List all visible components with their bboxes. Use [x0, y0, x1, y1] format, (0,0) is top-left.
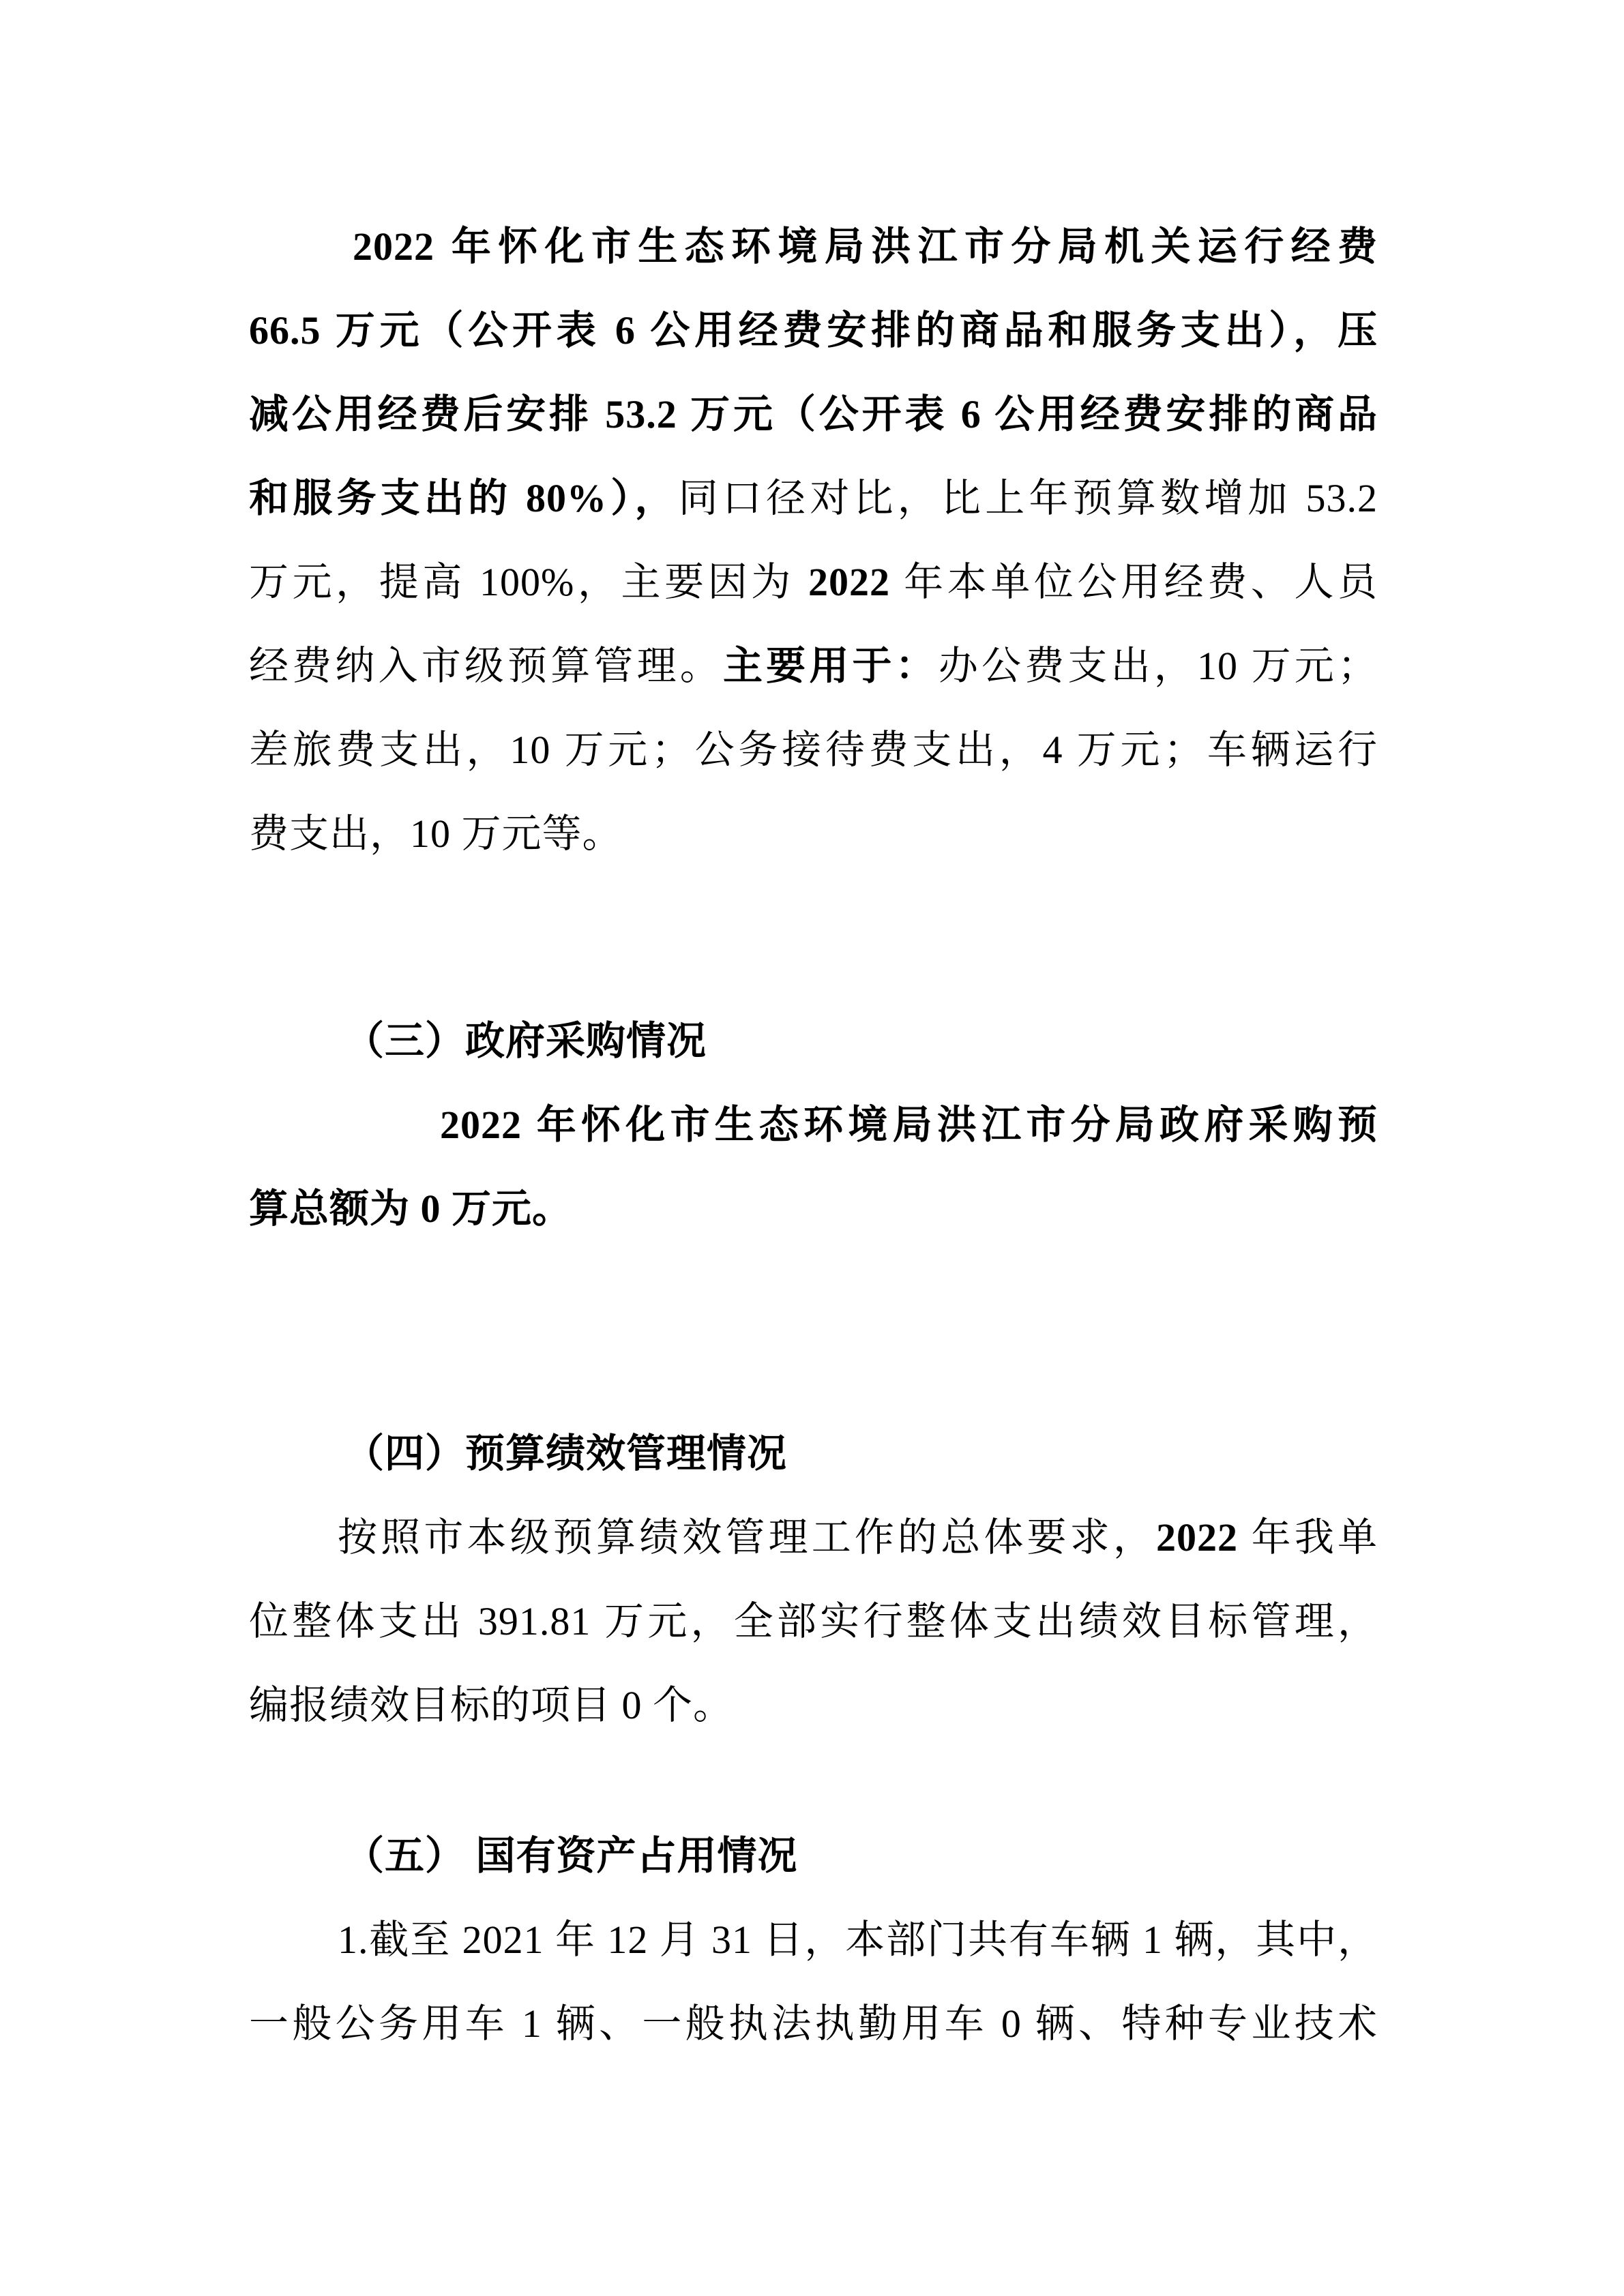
section-heading-state-assets: （五） 国有资产占用情况 — [249, 1814, 1378, 1898]
text-line: （五） 国有资产占用情况 — [249, 1814, 1378, 1898]
text-line: 和服务支出的 80%），同口径对比，比上年预算数增加 53.2 — [249, 456, 1378, 540]
bold-text-segment: 66.5 万元（公开表 6 公用经费安排的商品和服务支出），压 — [249, 308, 1378, 353]
bold-text-segment: （四）预算绩效管理情况 — [344, 1431, 787, 1476]
text-segment: 经费纳入市级预算管理。 — [249, 644, 723, 688]
text-segment: 一般公务用车 1 辆、一般执法执勤用车 0 辆、特种专业技术 — [249, 2001, 1378, 2046]
text-segment: 办公费支出，10 万元； — [939, 644, 1378, 688]
text-line: 算总额为 0 万元。 — [249, 1167, 1378, 1251]
text-line: 减公用经费后安排 53.2 万元（公开表 6 公用经费安排的商品 — [249, 372, 1378, 456]
paragraph-performance: 按照市本级预算绩效管理工作的总体要求，2022 年我单位整体支出 391.81 … — [249, 1495, 1378, 1747]
text-segment: 年我单 — [1238, 1515, 1378, 1560]
text-segment: 费支出，10 万元等。 — [249, 811, 623, 856]
document-page: 2022 年怀化市生态环境局洪江市分局机关运行经费66.5 万元（公开表 6 公… — [0, 0, 1624, 2296]
bold-text-segment: 减公用经费后安排 53.2 万元（公开表 6 公用经费安排的商品 — [249, 392, 1378, 436]
text-segment: 差旅费支出，10 万元；公务接待费支出，4 万元；车辆运行 — [249, 728, 1378, 772]
bold-text-segment: （三）政府采购情况 — [344, 1019, 707, 1063]
text-line: 经费纳入市级预算管理。主要用于：办公费支出，10 万元； — [249, 624, 1378, 708]
paragraph-procurement: 2022 年怀化市生态环境局洪江市分局政府采购预算总额为 0 万元。 — [249, 1083, 1378, 1251]
section-heading-performance: （四）预算绩效管理情况 — [249, 1412, 1378, 1495]
paragraph-state-assets: 1.截至 2021 年 12 月 31 日，本部门共有车辆 1 辆，其中，一般公… — [249, 1898, 1378, 2066]
text-line: 差旅费支出，10 万元；公务接待费支出，4 万元；车辆运行 — [249, 708, 1378, 792]
text-line: 万元，提高 100%，主要因为 2022 年本单位公用经费、人员 — [249, 540, 1378, 624]
section-heading-procurement: （三）政府采购情况 — [249, 999, 1378, 1083]
text-line: 位整体支出 391.81 万元，全部实行整体支出绩效目标管理， — [249, 1579, 1378, 1663]
text-line: （三）政府采购情况 — [249, 999, 1378, 1083]
bold-text-segment: 2022 年怀化市生态环境局洪江市分局机关运行经费 — [353, 224, 1378, 269]
text-line: 1.截至 2021 年 12 月 31 日，本部门共有车辆 1 辆，其中， — [249, 1898, 1378, 1982]
text-segment: 同口径对比，比上年预算数增加 53.2 — [679, 476, 1378, 520]
paragraph-operating-funds: 2022 年怀化市生态环境局洪江市分局机关运行经费66.5 万元（公开表 6 公… — [249, 205, 1378, 876]
bold-text-segment: 2022 年怀化市生态环境局洪江市分局政府采购预 — [440, 1103, 1378, 1147]
text-segment: 年本单位公用经费、人员 — [890, 560, 1378, 604]
bold-text-segment: 2022 — [1156, 1515, 1238, 1560]
bold-text-segment: 算总额为 0 万元。 — [249, 1187, 572, 1231]
text-segment: 万元，提高 100%，主要因为 — [249, 560, 808, 604]
text-segment: 编报绩效目标的项目 0 个。 — [249, 1683, 733, 1727]
text-line: 按照市本级预算绩效管理工作的总体要求，2022 年我单 — [249, 1495, 1378, 1579]
bold-text-segment: （五） 国有资产占用情况 — [344, 1834, 798, 1878]
text-line: 费支出，10 万元等。 — [249, 792, 1378, 876]
text-line: 编报绩效目标的项目 0 个。 — [249, 1663, 1378, 1747]
text-line: 2022 年怀化市生态环境局洪江市分局政府采购预 — [249, 1083, 1378, 1167]
text-line: （四）预算绩效管理情况 — [249, 1412, 1378, 1495]
bold-text-segment: 和服务支出的 80%）， — [249, 476, 679, 520]
text-line: 66.5 万元（公开表 6 公用经费安排的商品和服务支出），压 — [249, 288, 1378, 372]
text-segment: 1.截至 2021 年 12 月 31 日，本部门共有车辆 1 辆，其中， — [338, 1918, 1378, 1962]
text-segment: 位整体支出 391.81 万元，全部实行整体支出绩效目标管理， — [249, 1599, 1378, 1643]
bold-text-segment: 主要用于： — [723, 644, 939, 688]
text-segment: 按照市本级预算绩效管理工作的总体要求， — [338, 1515, 1156, 1560]
text-line: 2022 年怀化市生态环境局洪江市分局机关运行经费 — [249, 205, 1378, 288]
text-line: 一般公务用车 1 辆、一般执法执勤用车 0 辆、特种专业技术 — [249, 1982, 1378, 2066]
bold-text-segment: 2022 — [808, 560, 890, 604]
